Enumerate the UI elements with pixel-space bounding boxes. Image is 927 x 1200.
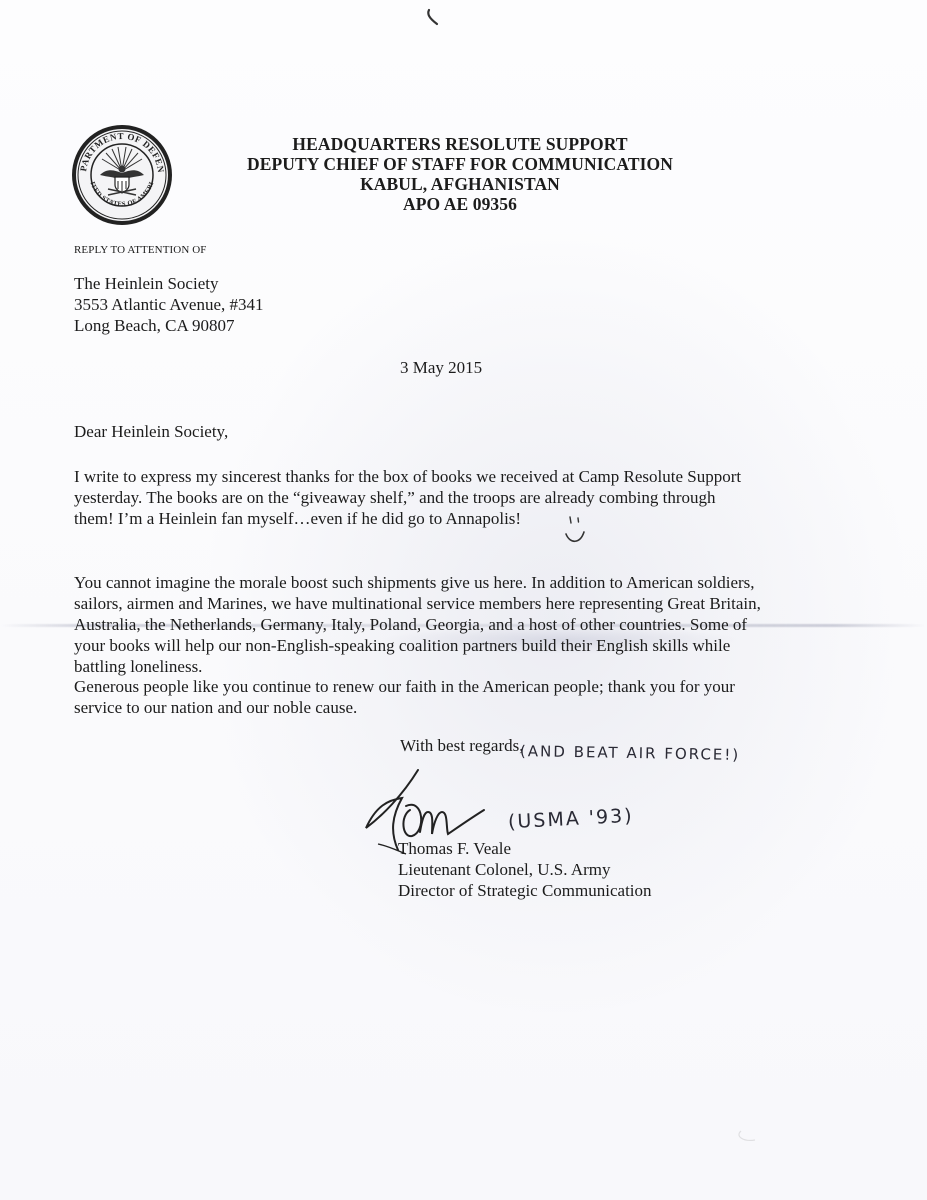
department-of-defense-seal-icon: DEPARTMENT OF DEFENSE UNITED STATES OF A… [70, 123, 174, 227]
recipient-city: Long Beach, CA 90807 [74, 315, 264, 336]
body-paragraph-3: Generous people like you continue to ren… [74, 676, 834, 718]
recipient-name: The Heinlein Society [74, 273, 264, 294]
salutation: Dear Heinlein Society, [74, 422, 228, 442]
letter-date: 3 May 2015 [400, 358, 482, 378]
body-paragraph-2: You cannot imagine the morale boost such… [74, 572, 834, 677]
pen-mark-icon [425, 8, 441, 28]
body-paragraph-1: I write to express my sincerest thanks f… [74, 466, 834, 529]
paragraph-line: them! I’m a Heinlein fan myself…even if … [74, 508, 834, 529]
paragraph-line: battling loneliness. [74, 656, 834, 677]
letterhead-line-command: HEADQUARTERS RESOLUTE SUPPORT [200, 134, 720, 154]
paragraph-line: service to our nation and our noble caus… [74, 697, 834, 718]
handwritten-note: (AND BEAT AIR FORCE!) [520, 742, 741, 764]
paragraph-line: yesterday. The books are on the “giveawa… [74, 487, 834, 508]
signer-title: Director of Strategic Communication [398, 880, 652, 901]
letterhead-line-apo: APO AE 09356 [200, 194, 720, 214]
reply-to-label: REPLY TO ATTENTION OF [74, 244, 207, 256]
recipient-street: 3553 Atlantic Avenue, #341 [74, 294, 264, 315]
closing: With best regards, [400, 736, 523, 756]
smiley-face-icon [560, 514, 590, 550]
letterhead-line-location: KABUL, AFGHANISTAN [200, 174, 720, 194]
signer-name: Thomas F. Veale [398, 838, 652, 859]
letterhead: HEADQUARTERS RESOLUTE SUPPORT DEPUTY CHI… [200, 134, 720, 214]
paragraph-line: sailors, airmen and Marines, we have mul… [74, 593, 834, 614]
paragraph-line: Australia, the Netherlands, Germany, Ita… [74, 614, 834, 635]
signature-block: Thomas F. Veale Lieutenant Colonel, U.S.… [398, 838, 652, 901]
paragraph-line: Generous people like you continue to ren… [74, 676, 834, 697]
paragraph-line: your books will help our non-English-spe… [74, 635, 834, 656]
scan-smudge-icon [735, 1128, 763, 1144]
paragraph-line: I write to express my sincerest thanks f… [74, 466, 834, 487]
letterhead-line-office: DEPUTY CHIEF OF STAFF FOR COMMUNICATION [200, 154, 720, 174]
paragraph-line: You cannot imagine the morale boost such… [74, 572, 834, 593]
recipient-address: The Heinlein Society 3553 Atlantic Avenu… [74, 273, 264, 336]
signer-rank: Lieutenant Colonel, U.S. Army [398, 859, 652, 880]
